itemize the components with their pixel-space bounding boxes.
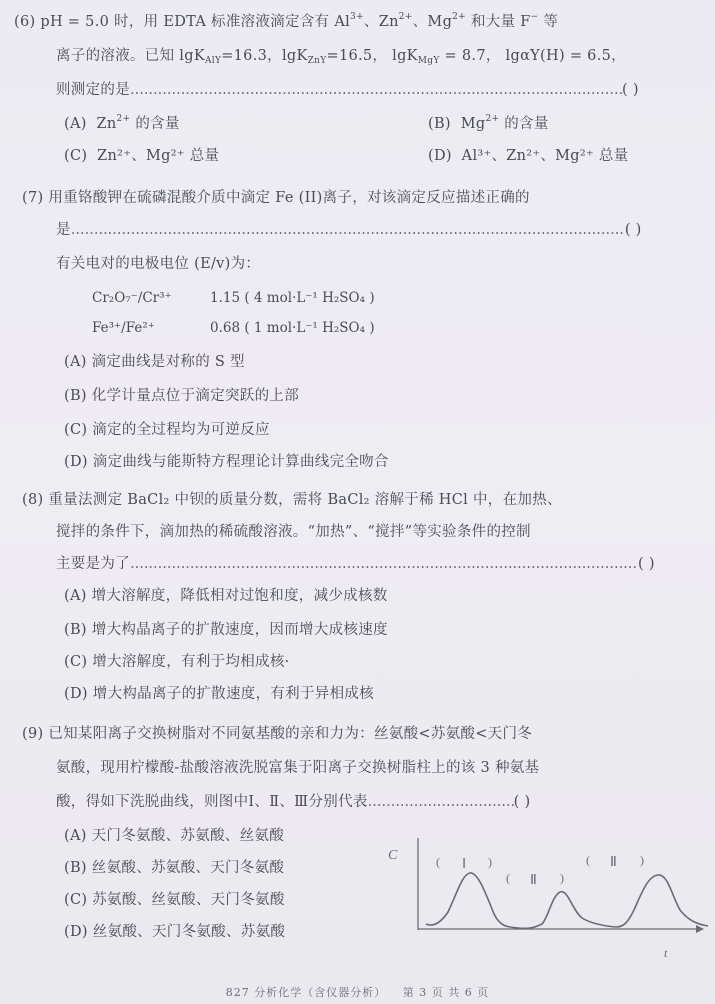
y-axis-label: C: [388, 848, 398, 863]
option-label: (C): [64, 422, 87, 438]
q7-text: 用重铬酸钾在硫磷混酸介质中滴定 Fe (II)离子，对该滴定反应描述正确的: [48, 190, 529, 206]
subscript: AlY: [205, 56, 221, 66]
elution-curve: [426, 873, 708, 928]
superscript: 2+: [485, 114, 499, 124]
q7-option-d[interactable]: (D) 滴定曲线与能斯特方程理论计算曲线完全吻合: [64, 452, 389, 472]
q6-option-a[interactable]: (A) Zn2+ 的含量: [64, 114, 180, 134]
q9-text: 酸，得如下洗脱曲线，则图中Ⅰ、Ⅱ、Ⅲ分别代表: [56, 794, 368, 810]
answer-leader-dots: ........................................…: [130, 554, 638, 574]
potential-row: Cr₂O₇⁻/Cr³⁺1.15 ( 4 mol·L⁻¹ H₂SO₄ ): [92, 288, 375, 308]
option-label: (B): [64, 622, 87, 638]
option-label: (D): [64, 686, 88, 702]
option-label: (C): [64, 148, 87, 164]
q8-stem-line-1: (8) 重量法测定 BaCl₂ 中钡的质量分数，需将 BaCl₂ 溶解于稀 HC…: [22, 490, 562, 510]
option-text: 滴定曲线与能斯特方程理论计算曲线完全吻合: [93, 454, 389, 470]
q8-text: 搅拌的条件下，滴加热的稀硫酸溶液。“加热”、“搅拌”等实验条件的控制: [56, 524, 531, 540]
q7-text: 是: [56, 222, 71, 238]
question-number: (9): [22, 724, 43, 744]
q6-option-d[interactable]: (D) Al³⁺、Zn²⁺、Mg²⁺ 总量: [428, 146, 628, 166]
svg-text:(: (: [506, 871, 510, 885]
question-number: (7): [22, 188, 43, 208]
q8-option-a[interactable]: (A) 增大溶解度，降低相对过饱和度，减少成核数: [64, 586, 388, 606]
option-text: 丝氨酸、苏氨酸、天门冬氨酸: [92, 860, 284, 876]
option-label: (D): [428, 148, 452, 164]
q6-text: 等: [538, 14, 558, 30]
option-label: (D): [64, 924, 88, 940]
potential-row: Fe³⁺/Fe²⁺0.68 ( 1 mol·L⁻¹ H₂SO₄ ): [92, 318, 375, 338]
option-text: 的含量: [499, 116, 548, 132]
svg-text:(: (: [586, 853, 590, 867]
option-text: 增大构晶离子的扩散速度，有利于异相成核: [93, 686, 374, 702]
q8-option-d[interactable]: (D) 增大构晶离子的扩散速度，有利于异相成核: [64, 684, 374, 704]
redox-couple: Fe³⁺/Fe²⁺: [92, 318, 210, 338]
option-text: 增大构晶离子的扩散速度，因而增大成核速度: [92, 622, 388, 638]
q8-option-c[interactable]: (C) 增大溶解度，有利于均相成核·: [64, 652, 290, 672]
option-text: Zn²⁺、Mg²⁺ 总量: [97, 148, 219, 164]
svg-text:Ⅱ: Ⅱ: [610, 855, 617, 870]
option-text: 滴定曲线是对称的 S 型: [92, 354, 245, 370]
q6-stem-line-3: 则测定的是...................................…: [56, 80, 639, 100]
option-text: 苏氨酸、丝氨酸、天门冬氨酸: [92, 892, 284, 908]
peak-label-2: ( Ⅱ ): [506, 871, 564, 888]
arrow-icon: [696, 925, 704, 933]
q9-text: 已知某阳离子交换树脂对不同氨基酸的亲和力为：丝氨酸<苏氨酸<天门冬: [48, 726, 532, 742]
q7-potential-title: 有关电对的电极电位 (E/v)为：: [56, 254, 260, 274]
answer-blank[interactable]: ( ): [622, 80, 639, 100]
elution-curve-figure: C t ( Ⅰ ) ( Ⅱ ) ( Ⅱ ): [378, 832, 715, 972]
q9-stem-line-2: 氨酸，现用柠檬酸-盐酸溶液洗脱富集于阳离子交换树脂柱上的该 3 种氨基: [56, 758, 539, 778]
q8-text: 重量法测定 BaCl₂ 中钡的质量分数，需将 BaCl₂ 溶解于稀 HCl 中，…: [48, 492, 561, 508]
option-text: 滴定的全过程均为可逆反应: [92, 422, 270, 438]
q6-stem-line-2: 离子的溶液。已知 lgKAlY=16.3，lgKZnY=16.5， lgKMgY…: [56, 46, 626, 66]
q9-option-a[interactable]: (A) 天门冬氨酸、苏氨酸、丝氨酸: [64, 826, 284, 846]
q7-stem-line-1: (7) 用重铬酸钾在硫磷混酸介质中滴定 Fe (II)离子，对该滴定反应描述正确…: [22, 188, 530, 208]
svg-text:): ): [640, 853, 644, 867]
q8-stem-line-2: 搅拌的条件下，滴加热的稀硫酸溶液。“加热”、“搅拌”等实验条件的控制: [56, 522, 531, 542]
redox-potential: 1.15 ( 4 mol·L⁻¹ H₂SO₄ ): [210, 290, 375, 306]
answer-leader-dots: ........................................…: [71, 220, 625, 240]
q6-text: 离子的溶液。已知 lgK: [56, 48, 205, 64]
option-text: 增大溶解度，有利于均相成核·: [92, 654, 289, 670]
svg-text:Ⅱ: Ⅱ: [530, 873, 537, 888]
q9-text: 氨酸，现用柠檬酸-盐酸溶液洗脱富集于阳离子交换树脂柱上的该 3 种氨基: [56, 760, 539, 776]
redox-couple: Cr₂O₇⁻/Cr³⁺: [92, 288, 210, 308]
option-label: (A): [64, 588, 87, 604]
q6-text: 、Mg: [413, 14, 453, 30]
svg-text:): ): [560, 871, 564, 885]
superscript: 3+: [350, 12, 364, 22]
q7-option-c[interactable]: (C) 滴定的全过程均为可逆反应: [64, 420, 270, 440]
answer-leader-dots: ........................................…: [130, 80, 622, 100]
course-title: 827 分析化学（含仪器分析）: [226, 986, 387, 999]
superscript: 2+: [452, 12, 466, 22]
option-label: (A): [64, 354, 87, 370]
q6-text: = 8.7， lgαY(H) = 6.5，: [440, 48, 626, 64]
q9-option-b[interactable]: (B) 丝氨酸、苏氨酸、天门冬氨酸: [64, 858, 284, 878]
option-label: (A): [64, 828, 87, 844]
q9-option-d[interactable]: (D) 丝氨酸、天门冬氨酸、苏氨酸: [64, 922, 285, 942]
option-label: (B): [64, 860, 87, 876]
superscript: 2+: [117, 114, 131, 124]
page-number: 第 3 页 共 6 页: [403, 986, 489, 999]
option-text: 化学计量点位于滴定突跃的上部: [92, 388, 299, 404]
answer-blank[interactable]: ( ): [638, 554, 655, 574]
q6-option-c[interactable]: (C) Zn²⁺、Mg²⁺ 总量: [64, 146, 219, 166]
option-label: (A): [64, 116, 87, 132]
q9-option-c[interactable]: (C) 苏氨酸、丝氨酸、天门冬氨酸: [64, 890, 285, 910]
answer-blank[interactable]: ( ): [514, 792, 531, 812]
redox-potential: 0.68 ( 1 mol·L⁻¹ H₂SO₄ ): [210, 320, 375, 336]
option-text: 天门冬氨酸、苏氨酸、丝氨酸: [92, 828, 284, 844]
q6-text: 和大量 F: [466, 14, 531, 30]
option-text: 的含量: [130, 116, 179, 132]
q6-stem-line-1: (6) pH = 5.0 时，用 EDTA 标准溶液滴定含有 Al3+、Zn2+…: [14, 12, 558, 32]
svg-text:(: (: [436, 855, 440, 869]
option-text: Al³⁺、Zn²⁺、Mg²⁺ 总量: [462, 148, 629, 164]
svg-text:Ⅰ: Ⅰ: [462, 857, 466, 872]
q8-stem-line-3: 主要是为了...................................…: [56, 554, 655, 574]
option-label: (C): [64, 892, 87, 908]
q9-stem-line-1: (9) 已知某阳离子交换树脂对不同氨基酸的亲和力为：丝氨酸<苏氨酸<天门冬: [22, 724, 532, 744]
option-text: 增大溶解度，降低相对过饱和度，减少成核数: [92, 588, 388, 604]
option-text: 丝氨酸、天门冬氨酸、苏氨酸: [93, 924, 285, 940]
exam-page: (6) pH = 5.0 时，用 EDTA 标准溶液滴定含有 Al3+、Zn2+…: [0, 0, 715, 1004]
peak-label-1: ( Ⅰ ): [436, 855, 492, 872]
option-label: (B): [428, 116, 451, 132]
option-text: Mg: [461, 116, 486, 132]
option-label: (C): [64, 654, 87, 670]
q9-stem-line-3: 酸，得如下洗脱曲线，则图中Ⅰ、Ⅱ、Ⅲ分别代表..................…: [56, 792, 531, 812]
q7-option-a[interactable]: (A) 滴定曲线是对称的 S 型: [64, 352, 245, 372]
q6-option-b[interactable]: (B) Mg2+ 的含量: [428, 114, 549, 134]
subscript: ZnY: [308, 56, 327, 66]
q7-option-b[interactable]: (B) 化学计量点位于滴定突跃的上部: [64, 386, 299, 406]
option-label: (B): [64, 388, 87, 404]
q7-stem-line-2: 是.......................................…: [56, 220, 642, 240]
svg-text:): ): [488, 855, 492, 869]
question-number: (8): [22, 490, 43, 510]
subscript: MgY: [418, 56, 440, 66]
answer-leader-dots: ........................................: [368, 792, 514, 812]
q6-text: =16.5， lgK: [327, 48, 418, 64]
option-text: Zn: [97, 116, 117, 132]
q6-text: =16.3，lgK: [221, 48, 307, 64]
q8-text: 主要是为了: [56, 556, 130, 572]
option-label: (D): [64, 454, 88, 470]
question-number: (6): [14, 12, 35, 32]
q6-text: 、Zn: [364, 14, 399, 30]
q6-text: 则测定的是: [56, 82, 130, 98]
answer-blank[interactable]: ( ): [625, 220, 642, 240]
superscript: 2+: [399, 12, 413, 22]
q8-option-b[interactable]: (B) 增大构晶离子的扩散速度，因而增大成核速度: [64, 620, 388, 640]
page-footer: 827 分析化学（含仪器分析） 第 3 页 共 6 页: [0, 984, 715, 1000]
peak-label-3: ( Ⅱ ): [586, 853, 644, 870]
q6-text: pH = 5.0 时，用 EDTA 标准溶液滴定含有 Al: [40, 14, 350, 30]
x-axis-label: t: [664, 946, 668, 960]
x-axis: [418, 925, 704, 933]
